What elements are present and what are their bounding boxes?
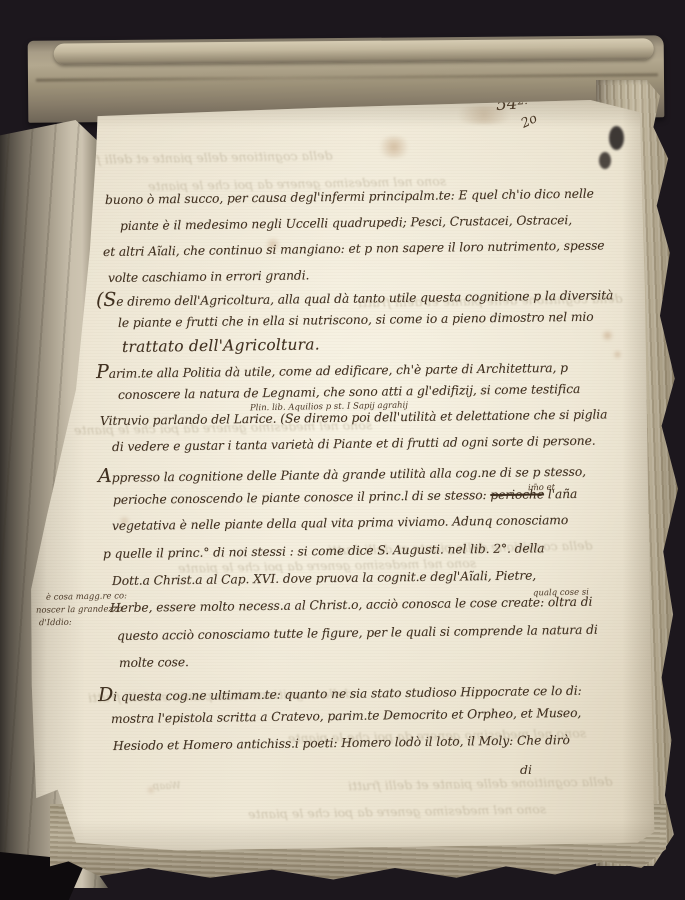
margin-note-line: noscer la grandezza [36, 605, 123, 615]
manuscript-line: Hesiodo et Homero antichiss.i poeti: Hom… [113, 734, 570, 752]
ink-stain-on-edge [609, 126, 624, 150]
manuscript-line: questo acciò conosciamo tutte le figure,… [117, 624, 598, 643]
binding-crease [36, 73, 658, 81]
manuscript-line: trattato dell'Agricoltura. [122, 337, 320, 355]
manuscript-line: Vitruvio parlando del Larice. (Se diremo… [100, 408, 607, 427]
manuscript-line: p quelle il princ.° di noi stessi : si c… [103, 542, 545, 560]
manuscript-line: di vedere e gustar i tanta varietà di Pi… [112, 435, 596, 454]
manuscript-page: della cognitione delle piante et delli f… [28, 90, 660, 858]
manuscript-line: Dott.a Christ.a al Cap. XVI. dove pruova… [112, 569, 536, 587]
ink-stain-on-edge [599, 152, 611, 169]
foxing-spot [376, 136, 412, 158]
struck-word: perioche [490, 487, 544, 502]
manuscript-line-with-strikethrough: perioche conoscendo le piante conosce il… [113, 488, 577, 506]
manuscript-line: et altri Aĩali, che continuo si mangiano… [103, 239, 605, 258]
folio-flourish: 2o [519, 112, 539, 131]
foxing-spot [601, 330, 614, 341]
foxing-spot [613, 350, 622, 359]
manuscript-line: volte caschiamo in errori grandi. [108, 269, 309, 284]
strike-line-pre: perioche conoscendo le piante conosce il… [113, 488, 491, 507]
strike-line-post: l'aña [544, 487, 577, 501]
manuscript-line: piante è il medesimo negli Uccelli quadr… [120, 214, 572, 232]
manuscript-line: Di questa cog.ne ultimam.te: quanto ne s… [98, 680, 582, 705]
manuscript-line: conoscere la natura de Legnami, che sono… [118, 383, 580, 401]
manuscript-line: mostra l'epistola scritta a Cratevo, par… [111, 707, 581, 725]
manuscript-photo: della cognitione delle piante et delli f… [0, 0, 685, 900]
binding-rolled-edge [54, 38, 654, 64]
manuscript-line: vegetativa è nelle piante della qual vit… [112, 514, 568, 532]
interlinear-insertion: qualq cose si [533, 589, 589, 598]
margin-note-line: è cosa magg.re co: [46, 592, 127, 602]
manuscript-line: le piante e frutti che in ella si nutris… [118, 311, 594, 330]
manuscript-line: molte cose. [119, 656, 189, 669]
show-through-text: della cognitione delle piante et delli f… [348, 776, 613, 793]
manuscript-line: Parim.te alla Politia dà utile, come ad … [96, 357, 568, 382]
manuscript-line: Herbe, essere molto necess.a al Christ.o… [110, 596, 592, 615]
show-through-text: Waap [153, 782, 181, 792]
show-through-text: della cognitione delle piante et delli f… [68, 150, 333, 167]
catchword: di [520, 762, 532, 777]
show-through-text: sono nel medesimo genere da poi che le p… [248, 803, 546, 821]
margin-note-line: d'Iddio: [39, 619, 72, 628]
manuscript-line: Appresso la cognitione delle Piante dà g… [98, 461, 586, 486]
